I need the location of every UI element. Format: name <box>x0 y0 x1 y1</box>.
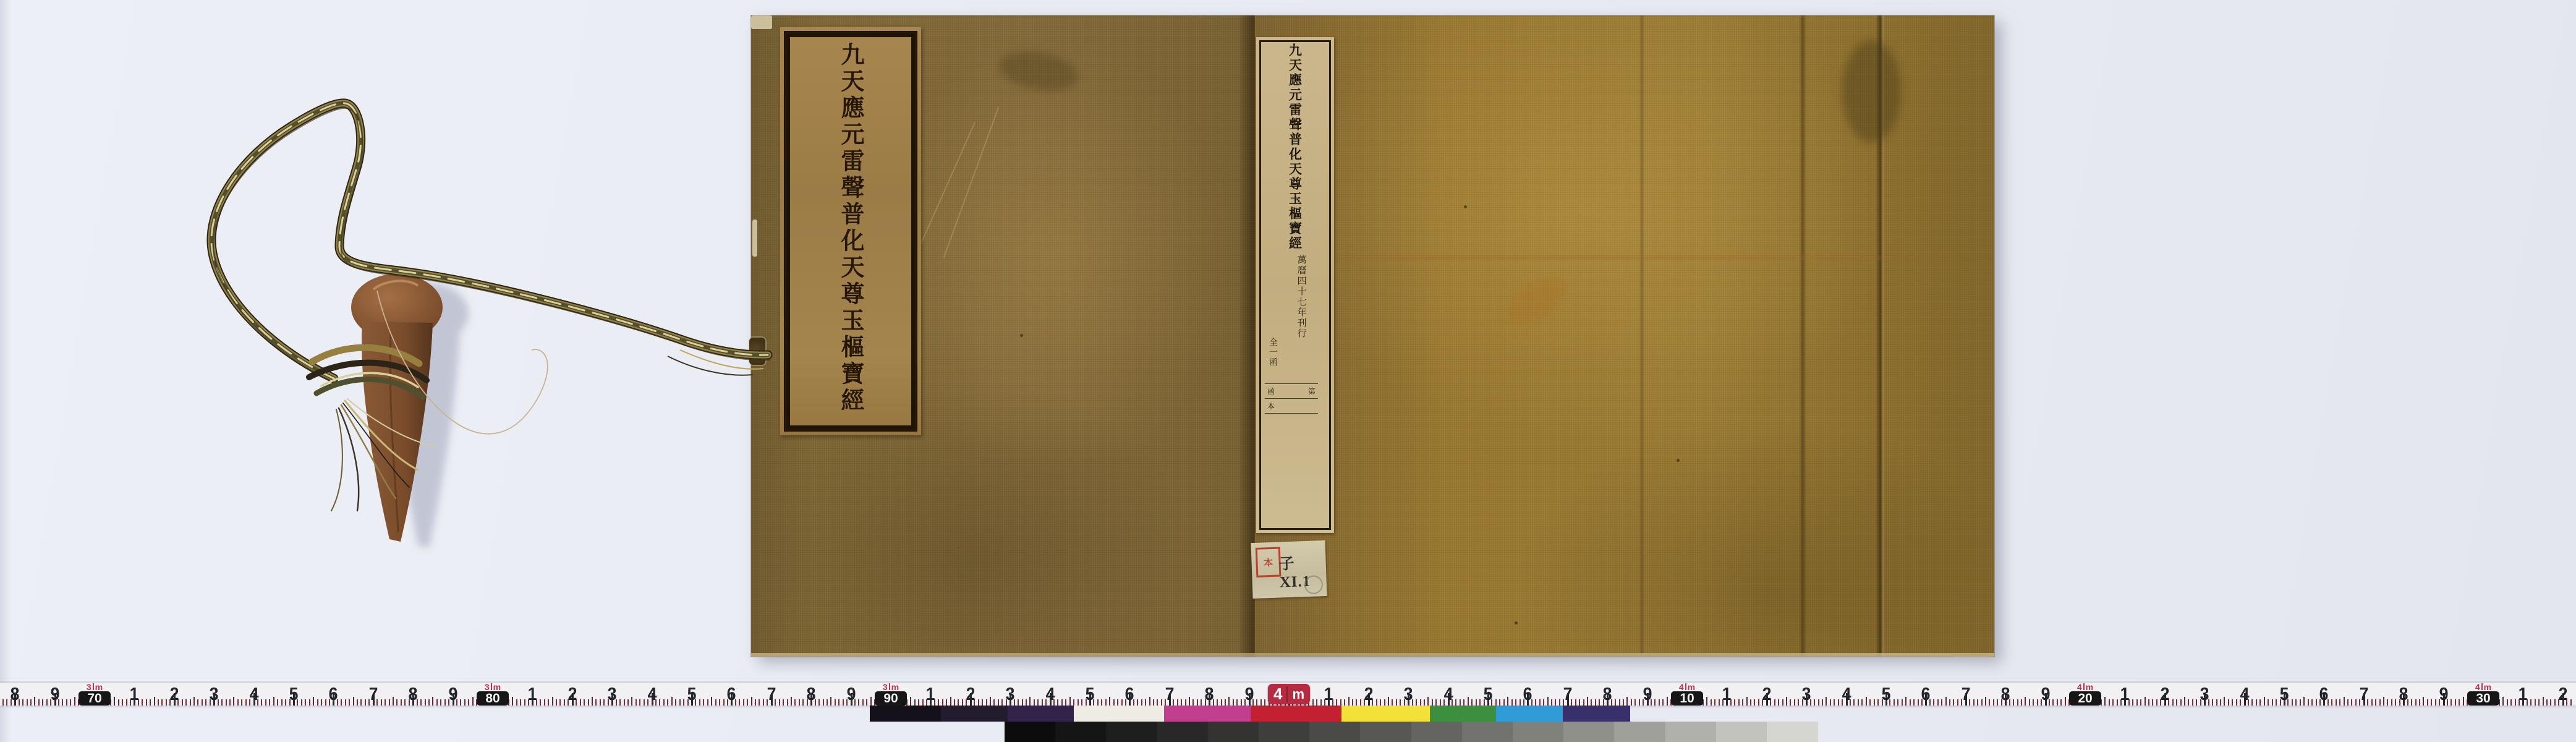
ruler-tick <box>2180 699 2182 706</box>
ruler-tick <box>1069 697 1071 706</box>
ruler-tick <box>827 699 828 706</box>
ruler-tick <box>1460 699 1461 706</box>
ruler-tick <box>393 697 394 706</box>
ruler-tick <box>1662 699 1664 706</box>
ruler-tick <box>309 699 310 706</box>
ruler-tick <box>707 699 708 706</box>
ruler-decimeter-marker: 4m10 <box>1671 683 1703 706</box>
ruler-tick <box>1236 699 1238 706</box>
ruler-tick <box>197 699 198 706</box>
ruler-tick <box>396 699 397 706</box>
ruler-tick <box>1022 699 1023 706</box>
ruler-tick <box>2052 699 2054 706</box>
ruler-tick <box>1157 699 1158 706</box>
ruler-tick <box>118 699 119 706</box>
ruler-number: 2 <box>1364 684 1373 705</box>
ruler-tick <box>838 699 840 706</box>
ruler-tick <box>2152 699 2153 706</box>
ruler-tick <box>190 699 191 706</box>
ruler-tick <box>1626 697 1628 706</box>
ruler-tick <box>1861 699 1863 706</box>
ruler-tick <box>2132 699 2133 706</box>
ruler-tick <box>1392 699 1393 706</box>
ruler-number: 6 <box>2319 684 2329 705</box>
horizontal-crease <box>1264 255 1994 260</box>
ruler-tick <box>1427 697 1429 706</box>
ruler-tick <box>1719 699 1720 706</box>
ruler-tick <box>313 697 314 706</box>
toggle-shadow <box>385 283 469 548</box>
ruler-number: 3 <box>2200 684 2209 705</box>
color-chip-white <box>1074 706 1164 722</box>
ruler-tick <box>1619 699 1620 706</box>
ruler-tick <box>1161 699 1162 706</box>
ruler-tick <box>1778 699 1779 706</box>
color-chip-dark-purple <box>1008 706 1074 722</box>
ruler-tick <box>325 699 326 706</box>
ruler-tick <box>1192 699 1194 706</box>
ruler-tick <box>818 699 820 706</box>
ruler-tick <box>245 699 247 706</box>
ruler-tick <box>1336 699 1337 706</box>
ruler-tick <box>42 699 43 706</box>
ruler-tick <box>2029 699 2030 706</box>
ruler-tick <box>166 699 167 706</box>
ruler-tick <box>1869 699 1871 706</box>
ruler-tick <box>2510 699 2512 706</box>
ruler-tick <box>142 699 143 706</box>
ruler-tick <box>2192 699 2193 706</box>
ruler-tick <box>1746 697 1748 706</box>
ruler-tick <box>349 699 350 706</box>
ruler-number: 8 <box>409 684 418 705</box>
ruler-number: 1 <box>1324 684 1333 705</box>
ruler-tick <box>472 697 474 706</box>
ruler-tick <box>835 699 836 706</box>
ruler-tick <box>1555 699 1556 706</box>
fleck <box>1515 621 1518 625</box>
ruler-tick <box>592 697 593 706</box>
ruler-tick <box>1711 699 1712 706</box>
ruler-tick <box>2112 699 2114 706</box>
ruler-tick <box>1997 699 1998 706</box>
ruler-tick <box>624 699 625 706</box>
ruler-tick <box>261 699 262 706</box>
ruler-tick <box>381 699 382 706</box>
ruler-number: 3 <box>1404 684 1413 705</box>
ruler-tick <box>1420 699 1421 706</box>
ruler-tick <box>843 699 844 706</box>
ruler-tick <box>2184 697 2185 706</box>
ruler-tick <box>2415 699 2417 706</box>
spine-edition-text: 萬曆四十七年刊行 <box>1297 255 1306 339</box>
ruler-number: 6 <box>1125 684 1134 705</box>
ruler-tick <box>1097 699 1099 706</box>
ruler-tick <box>1575 699 1576 706</box>
ruler-tick <box>2136 699 2138 706</box>
ruler-tick <box>321 699 322 706</box>
ruler-decimeter-marker: 4m20 <box>2069 683 2101 706</box>
ruler-number: 8 <box>1603 684 1612 705</box>
ruler-tick <box>552 697 553 706</box>
ruler-number: 6 <box>1523 684 1532 705</box>
ruler-tick <box>420 699 422 706</box>
ruler-tick <box>2145 697 2146 706</box>
gray-step <box>1259 722 1310 742</box>
ruler-tick <box>639 699 640 706</box>
ruler-tick <box>2 699 4 706</box>
cord-knot <box>309 348 427 397</box>
ruler-tick <box>743 699 744 706</box>
ruler-tick <box>1189 697 1190 706</box>
ruler-tick <box>667 699 668 706</box>
ruler-tick <box>1026 699 1027 706</box>
ruler-tick <box>182 699 183 706</box>
round-stamp <box>1304 575 1323 594</box>
ruler-tick <box>2355 699 2357 706</box>
ruler-tick <box>548 699 549 706</box>
ruler-number: 5 <box>687 684 697 705</box>
ruler-tick <box>285 699 286 706</box>
ruler-tick <box>1201 699 1202 706</box>
ruler-number: 9 <box>2439 684 2448 705</box>
ruler-tick <box>1838 699 1839 706</box>
ruler-tick <box>1117 699 1118 706</box>
ruler-tick <box>464 699 465 706</box>
ruler-tick <box>221 699 223 706</box>
ruler-tick <box>1105 699 1107 706</box>
ruler-tick <box>723 699 725 706</box>
ruler-tick <box>595 699 597 706</box>
ruler-tick <box>27 699 28 706</box>
ruler-tick <box>1902 699 1903 706</box>
ruler-tick <box>365 699 366 706</box>
ruler-tick <box>2264 697 2265 706</box>
ruler-tick <box>432 697 433 706</box>
ruler-tick <box>74 697 75 706</box>
ruler-number: 9 <box>846 684 856 705</box>
ruler-tick <box>2515 699 2516 706</box>
fold-crease <box>1799 15 1806 657</box>
cord-tassel <box>331 399 436 511</box>
bottom-edge-highlight <box>751 653 1994 657</box>
ruler-tick <box>1260 699 1262 706</box>
ruler-tick <box>2463 697 2464 706</box>
ruler-tick <box>1794 699 1795 706</box>
ruler-number: 2 <box>567 684 577 705</box>
ruler-tick <box>512 697 513 706</box>
ruler-tick <box>759 699 760 706</box>
ruler-number: 4 <box>1443 684 1453 705</box>
ruler-number: 1 <box>2519 684 2528 705</box>
ruler-tick <box>635 699 637 706</box>
spine-form-row: 本 <box>1265 399 1318 414</box>
ruler-tick <box>1344 699 1345 706</box>
ruler-tick <box>1034 699 1035 706</box>
ruler-tick <box>1894 699 1895 706</box>
ruler-tick <box>1320 699 1322 706</box>
ruler-number: 4 <box>249 684 258 705</box>
ruler-number: 1 <box>1722 684 1732 705</box>
ruler-tick <box>1834 699 1835 706</box>
spine-title-text: 九天應元雷聲普化天尊玉樞寶經 <box>1289 43 1302 251</box>
ruler-number: 8 <box>1205 684 1214 705</box>
ruler-tick <box>1185 699 1186 706</box>
ruler-tick <box>2037 699 2038 706</box>
ruler-tick <box>1945 697 1947 706</box>
ruler-tick <box>711 697 712 706</box>
gray-step <box>1208 722 1259 742</box>
ruler-tick <box>747 699 748 706</box>
color-chip-red <box>1251 706 1341 722</box>
ruler-tick <box>1264 699 1265 706</box>
ruler-number: 7 <box>2359 684 2368 705</box>
ruler-tick <box>1905 697 1906 706</box>
ruler-tick <box>719 699 720 706</box>
ruler-tick <box>229 699 231 706</box>
ruler-tick <box>1985 697 1986 706</box>
ruler-tick <box>241 699 242 706</box>
ruler-number: 5 <box>1086 684 1095 705</box>
ruler-tick <box>1424 699 1425 706</box>
red-seal-stamp: 本 <box>1256 547 1282 577</box>
gray-step <box>1360 722 1411 742</box>
ruler-tick <box>1340 699 1341 706</box>
ruler-tick <box>205 699 206 706</box>
ruler-tick <box>385 699 386 706</box>
ruler-tick <box>6 699 7 706</box>
fleck <box>1020 334 1023 337</box>
ruler-tick <box>1507 697 1508 706</box>
spine-form-grid: 函 第 本 <box>1265 383 1318 414</box>
ruler-tick <box>1515 699 1516 706</box>
ruler-tick <box>1360 699 1361 706</box>
ruler-tick <box>2251 699 2253 706</box>
ruler-number: 4 <box>2240 684 2249 705</box>
fold-crease <box>1639 15 1644 657</box>
ruler-tick <box>30 699 32 706</box>
ruler-tick <box>193 697 195 706</box>
ruler-tick <box>401 699 402 706</box>
ruler-tick <box>830 697 831 706</box>
ruler-tick <box>1913 699 1915 706</box>
ruler-number: 7 <box>767 684 776 705</box>
ruler-tick <box>1826 697 1827 706</box>
ruler-tick <box>986 699 987 706</box>
ruler-tick <box>468 699 469 706</box>
ruler-tick <box>2109 699 2110 706</box>
ruler-tick <box>1217 699 1218 706</box>
ruler-tick <box>1798 699 1799 706</box>
ruler-tick <box>1587 697 1588 706</box>
cord-band <box>211 103 770 383</box>
ruler-tick <box>1866 697 1867 706</box>
ruler-tick <box>2272 699 2273 706</box>
ruler-tick <box>1786 697 1787 706</box>
ruler-tick <box>1539 699 1541 706</box>
ruler-tick <box>2176 699 2177 706</box>
ruler-tick <box>938 699 939 706</box>
ruler-tick <box>954 699 955 706</box>
ruler-tick <box>1897 699 1898 706</box>
ruler-number: 2 <box>2558 684 2567 705</box>
ruler-tick <box>2344 697 2345 706</box>
ruler-tick <box>1754 699 1755 706</box>
ruler-tick <box>2216 699 2217 706</box>
ruler-number: 9 <box>448 684 457 705</box>
ruler-tick <box>559 699 561 706</box>
ruler-tick <box>1953 699 1954 706</box>
ruler-tick <box>1018 699 1019 706</box>
ruler-tick <box>1615 699 1616 706</box>
ruler-tick <box>2339 699 2340 706</box>
ruler-tick <box>2236 699 2237 706</box>
ruler-tick <box>2021 699 2022 706</box>
wear-mark <box>752 220 757 257</box>
ruler-tick <box>1639 699 1640 706</box>
ruler-tick <box>2435 699 2436 706</box>
ruler-tick <box>1037 699 1039 706</box>
ruler-tick <box>1078 699 1079 706</box>
ruler-tick <box>2025 697 2026 706</box>
ruler-tick <box>962 699 963 706</box>
ruler-tick <box>2033 699 2034 706</box>
ruler-tick <box>1416 699 1417 706</box>
title-label: 九天應元雷聲普化天尊玉樞寶經 <box>780 27 921 435</box>
ruler-tick <box>436 699 438 706</box>
ruler-tick <box>70 699 71 706</box>
ruler-tick <box>2117 699 2118 706</box>
ruler-tick <box>2300 699 2301 706</box>
grayscale-wedge <box>0 722 2576 742</box>
ruler-tick <box>600 699 601 706</box>
ruler-tick <box>2295 699 2297 706</box>
ruler-tick <box>1551 699 1552 706</box>
ruler-number: 5 <box>2280 684 2289 705</box>
ruler-tick <box>1113 699 1115 706</box>
ruler-tick <box>2543 697 2544 706</box>
ruler-tick <box>1352 699 1353 706</box>
ruler-tick <box>1977 699 1978 706</box>
ruler-tick <box>2347 699 2349 706</box>
ruler-tick <box>1933 699 1934 706</box>
color-calibration-bar <box>0 706 2576 722</box>
ruler-tick <box>2387 699 2388 706</box>
ruler-number: 9 <box>2041 684 2050 705</box>
ruler-tick <box>1520 699 1521 706</box>
ruler-number: 4 <box>1045 684 1055 705</box>
ruler-tick <box>265 699 266 706</box>
gray-step <box>1005 722 1056 742</box>
ruler-tick <box>858 699 859 706</box>
ruler-tick <box>2427 699 2428 706</box>
ruler-tick <box>1591 699 1592 706</box>
ruler-tick <box>993 699 995 706</box>
ruler-tick <box>802 699 804 706</box>
ruler-number: 6 <box>727 684 736 705</box>
ruler-tick <box>154 697 155 706</box>
ruler-tick <box>1981 699 1983 706</box>
spine-form-row: 函 第 <box>1265 384 1318 399</box>
spine-form-copy: 本 <box>1267 401 1275 411</box>
ruler-tick <box>62 699 63 706</box>
ruler-tick <box>341 699 342 706</box>
wear-mark <box>751 15 772 29</box>
ruler-tick <box>524 699 525 706</box>
ruler-tick <box>1853 699 1855 706</box>
ruler-number: 6 <box>329 684 338 705</box>
ruler-tick <box>1153 699 1154 706</box>
ruler-number: 1 <box>926 684 935 705</box>
ruler-tick <box>1579 699 1580 706</box>
ruler-tick <box>1376 699 1377 706</box>
ruler-number: 6 <box>1921 684 1931 705</box>
ruler-tick <box>1949 699 1950 706</box>
ruler-tick <box>2232 699 2233 706</box>
ruler-tick <box>2451 699 2452 706</box>
ruler-tick <box>2336 699 2337 706</box>
ruler-tick <box>273 697 274 706</box>
ruler-number: 2 <box>966 684 975 705</box>
ruler-tick <box>1830 699 1831 706</box>
ruler-decimeter-marker: 3m70 <box>79 683 111 706</box>
ruler-number: 7 <box>368 684 378 705</box>
ruler-tick <box>1380 699 1381 706</box>
gray-step <box>1106 722 1157 742</box>
ruler-tick <box>1918 699 1919 706</box>
ruler-tick <box>425 699 426 706</box>
ruler-tick <box>1547 697 1549 706</box>
ruler-tick <box>1750 699 1751 706</box>
ruler-tick <box>2292 699 2293 706</box>
ruler-tick <box>2550 699 2551 706</box>
ruler-tick <box>1822 699 1823 706</box>
ruler-number: 8 <box>2399 684 2408 705</box>
ruler-number: 9 <box>50 684 59 705</box>
color-chip-magenta <box>1164 706 1251 722</box>
ruler-tick <box>1042 699 1043 706</box>
ruler-tick <box>914 699 916 706</box>
ruler-tick <box>823 699 824 706</box>
color-chip-black <box>870 706 941 722</box>
gray-step <box>1157 722 1209 742</box>
ruler-tick <box>2351 699 2352 706</box>
ruler-tick <box>990 697 991 706</box>
ruler-tick <box>588 699 589 706</box>
ruler-tick <box>1400 699 1401 706</box>
ruler-tick <box>794 699 796 706</box>
ruler-tick <box>2395 699 2396 706</box>
ruler-tick <box>1973 699 1975 706</box>
ruler-tick <box>1559 699 1560 706</box>
cord-hole <box>749 338 765 365</box>
ruler-tick <box>1989 699 1990 706</box>
ruler-tick <box>922 699 924 706</box>
ruler-tick <box>2459 699 2460 706</box>
ruler-tick <box>1356 699 1357 706</box>
ruler-tick <box>158 699 159 706</box>
ruler-tick <box>1145 699 1146 706</box>
ruler-tick <box>360 699 362 706</box>
ruler-tick <box>1225 699 1226 706</box>
ruler-tick <box>799 699 800 706</box>
ruler-tick <box>2423 697 2424 706</box>
ruler-tick <box>2538 699 2540 706</box>
fleck <box>1677 459 1680 462</box>
ruler-tick <box>715 699 716 706</box>
ruler-tick <box>580 699 581 706</box>
ruler-tick <box>1149 697 1150 706</box>
